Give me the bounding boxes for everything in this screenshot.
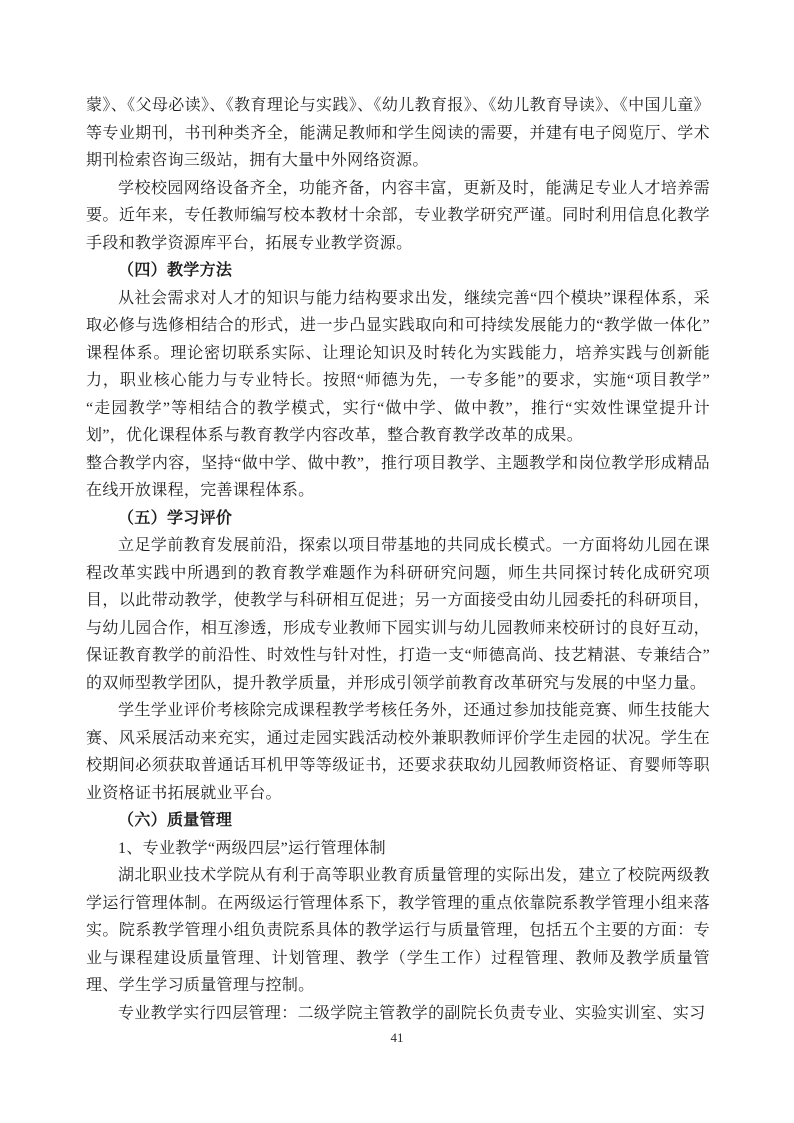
paragraph-curriculum-system: 从社会需求对人才的知识与能力结构要求出发，继续完善“四个模块”课程体系，采取必修… xyxy=(86,285,710,450)
paragraph-journals-continuation: 蒙》、《父母必读》、《教育理论与实践》、《幼儿教育报》、《幼儿教育导读》、《中国… xyxy=(86,92,710,175)
paragraph-integrated-teaching-content: 整合教学内容，坚持“做中学、做中教”，推行项目教学、主题教学和岗位教学形成精品在… xyxy=(86,450,710,505)
section-heading-teaching-methods: （四）教学方法 xyxy=(86,257,710,285)
paragraph-student-assessment: 学生学业评价考核除完成课程教学考核任务外，还通过参加技能竞赛、师生技能大赛、风采… xyxy=(86,697,710,807)
subheading-two-level-four-tier-system: 1、专业教学“两级四层”运行管理体制 xyxy=(86,835,710,863)
section-heading-learning-evaluation: （五）学习评价 xyxy=(86,505,710,533)
paragraph-preschool-research-model: 立足学前教育发展前沿，探索以项目带基地的共同成长模式。一方面将幼儿园在课程改革实… xyxy=(86,532,710,697)
paragraph-campus-network: 学校校园网络设备齐全，功能齐备，内容丰富，更新及时，能满足专业人才培养需要。近年… xyxy=(86,175,710,258)
section-heading-quality-management: （六）质量管理 xyxy=(86,807,710,835)
document-page: 蒙》、《父母必读》、《教育理论与实践》、《幼儿教育报》、《幼儿教育导读》、《中国… xyxy=(0,0,794,1123)
paragraph-management-system: 湖北职业技术学院从有利于高等职业教育质量管理的实际出发，建立了校院两级教学运行管… xyxy=(86,862,710,1000)
paragraph-four-tier-management: 专业教学实行四层管理：二级学院主管教学的副院长负责专业、实验实训室、实习 xyxy=(86,1000,710,1028)
page-number: 41 xyxy=(0,1030,794,1046)
document-body: 蒙》、《父母必读》、《教育理论与实践》、《幼儿教育报》、《幼儿教育导读》、《中国… xyxy=(86,92,710,1027)
